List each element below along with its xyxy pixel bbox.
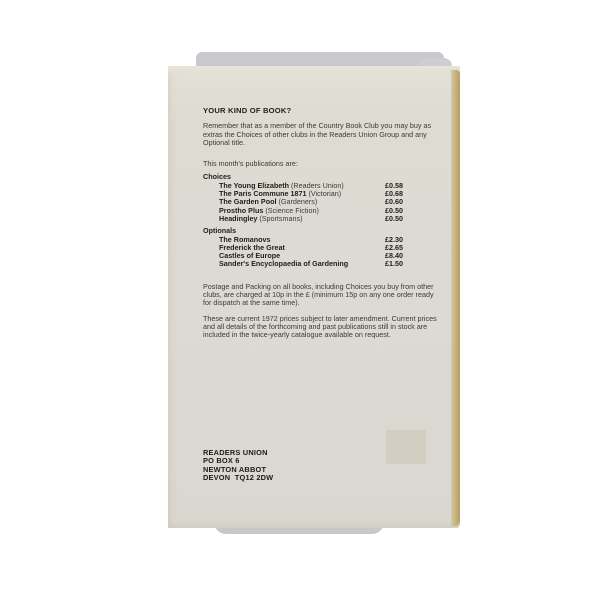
publication-price: £1.50 — [385, 260, 403, 268]
choices-list: The Young Elizabeth (Readers Union)£0.58… — [203, 182, 443, 223]
publication-row: Headingley (Sportsmans)£0.50 — [203, 215, 403, 223]
publisher-address: READERS UNIONPO BOX 6NEWTON ABBOTDEVON T… — [203, 449, 273, 483]
cover-heading: YOUR KIND OF BOOK? — [203, 107, 443, 115]
publication-row: Sander's Encyclopaedia of Gardening£1.50 — [203, 260, 403, 268]
publication-title: Sander's Encyclopaedia of Gardening — [219, 259, 348, 268]
prices-note: These are current 1972 prices subject to… — [203, 315, 443, 340]
address-line: DEVON TQ12 2DW — [203, 474, 273, 482]
optionals-list: The Romanovs£2.30Frederick the Great£2.6… — [203, 236, 443, 269]
publications-intro: This month's publications are: — [203, 160, 443, 168]
publication-club: (Sportsmans) — [257, 214, 302, 223]
postage-note: Postage and Packing on all books, includ… — [203, 283, 443, 308]
cover-text: YOUR KIND OF BOOK? Remember that as a me… — [203, 107, 443, 347]
publication-title: Headingley — [219, 214, 257, 223]
intro-paragraph: Remember that as a member of the Country… — [203, 122, 443, 147]
label-stain-mark — [386, 430, 426, 464]
book-back-cover: YOUR KIND OF BOOK? Remember that as a me… — [168, 66, 460, 528]
publication-entry: Sander's Encyclopaedia of Gardening — [219, 260, 348, 268]
publication-entry: Headingley (Sportsmans) — [219, 215, 303, 223]
publication-price: £0.50 — [385, 215, 403, 223]
spine-edge — [451, 70, 460, 526]
